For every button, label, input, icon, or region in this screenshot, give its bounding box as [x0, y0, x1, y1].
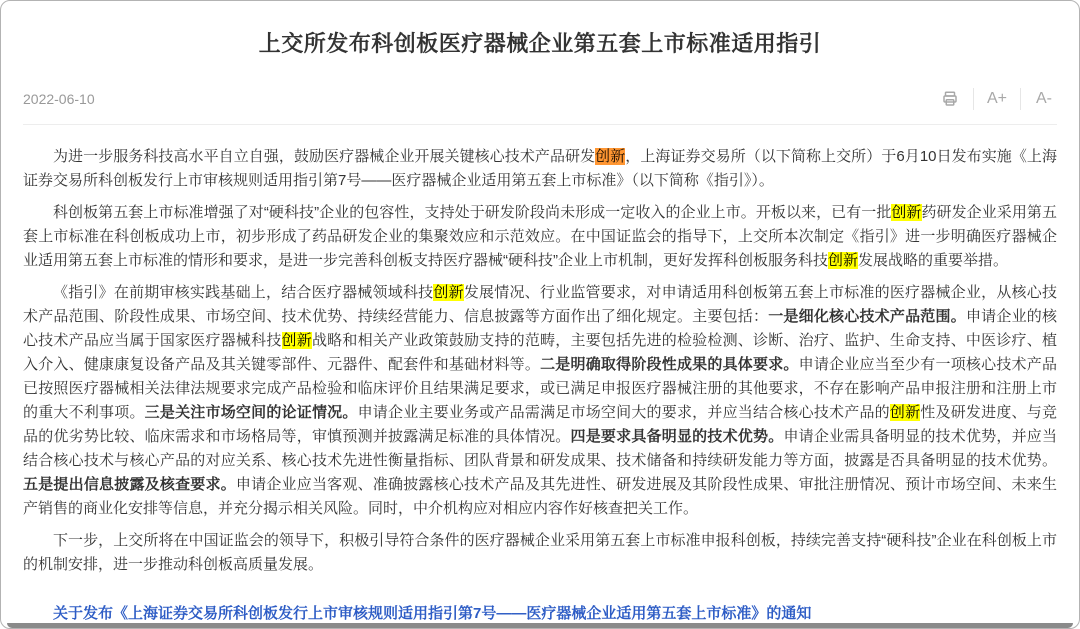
emphasis-text: 一是细化核心技术产品范围。 — [768, 308, 966, 325]
body-text: 《指引》在前期审核实践基础上，结合医疗器械领域科技 — [53, 284, 433, 301]
paragraph: 科创板第五套上市标准增强了对“硬科技”企业的包容性，支持处于研发阶段尚未形成一定… — [23, 201, 1057, 273]
search-highlight-active: 创新 — [595, 148, 625, 165]
publish-date: 2022-06-10 — [23, 91, 95, 107]
body-text: 发展战略的重要举措。 — [858, 252, 1008, 269]
emphasis-text: 二是明确取得阶段性成果的具体要求。 — [540, 356, 799, 373]
search-highlight: 创新 — [891, 204, 921, 221]
print-button[interactable] — [937, 87, 963, 111]
body-text: 申请企业主要业务或产品需满足市场空间大的要求，并应当结合核心技术产品的 — [358, 404, 890, 421]
toolbar: A+ A- — [937, 87, 1057, 111]
body-text: 科创板第五套上市标准增强了对“硬科技”企业的包容性，支持处于研发阶段尚未形成一定… — [53, 204, 891, 221]
header-divider — [23, 124, 1057, 125]
article-page: 上交所发布科创板医疗器械企业第五套上市标准适用指引 2022-06-10 A+ … — [0, 0, 1080, 629]
window-bottom-edge — [7, 623, 1073, 628]
emphasis-text: 五是提出信息披露及核查要求。 — [23, 476, 236, 493]
emphasis-text: 三是关注市场空间的论证情况。 — [145, 404, 358, 421]
page-title: 上交所发布科创板医疗器械企业第五套上市标准适用指引 — [61, 27, 1019, 58]
search-highlight: 创新 — [890, 404, 920, 421]
notice-link[interactable]: 关于发布《上海证券交易所科创板发行上市审核规则适用指引第7号——医疗器械企业适用… — [53, 605, 811, 622]
toolbar-divider — [1020, 88, 1021, 110]
body-text: 为进一步服务科技高水平自立自强，鼓励医疗器械企业开展关键核心技术产品研发 — [53, 148, 595, 165]
emphasis-text: 四是要求具备明显的技术优势。 — [571, 428, 784, 445]
search-highlight: 创新 — [433, 284, 463, 301]
font-decrease-button[interactable]: A- — [1031, 87, 1057, 111]
notice-link-row: 关于发布《上海证券交易所科创板发行上市审核规则适用指引第7号——医疗器械企业适用… — [23, 603, 1057, 625]
paragraph: 《指引》在前期审核实践基础上，结合医疗器械领域科技创新发展情况、行业监管要求，对… — [23, 281, 1057, 521]
paragraph: 下一步，上交所将在中国证监会的领导下，积极引导符合条件的医疗器械企业采用第五套上… — [23, 529, 1057, 577]
printer-icon — [941, 90, 959, 108]
font-increase-button[interactable]: A+ — [984, 87, 1010, 111]
search-highlight: 创新 — [282, 332, 312, 349]
body-text: 下一步，上交所将在中国证监会的领导下，积极引导符合条件的医疗器械企业采用第五套上… — [23, 532, 1057, 573]
meta-row: 2022-06-10 A+ A- — [23, 86, 1057, 112]
paragraph: 为进一步服务科技高水平自立自强，鼓励医疗器械企业开展关键核心技术产品研发创新，上… — [23, 145, 1057, 193]
toolbar-divider — [973, 88, 974, 110]
search-highlight: 创新 — [828, 252, 858, 269]
article-body: 为进一步服务科技高水平自立自强，鼓励医疗器械企业开展关键核心技术产品研发创新，上… — [23, 145, 1057, 577]
